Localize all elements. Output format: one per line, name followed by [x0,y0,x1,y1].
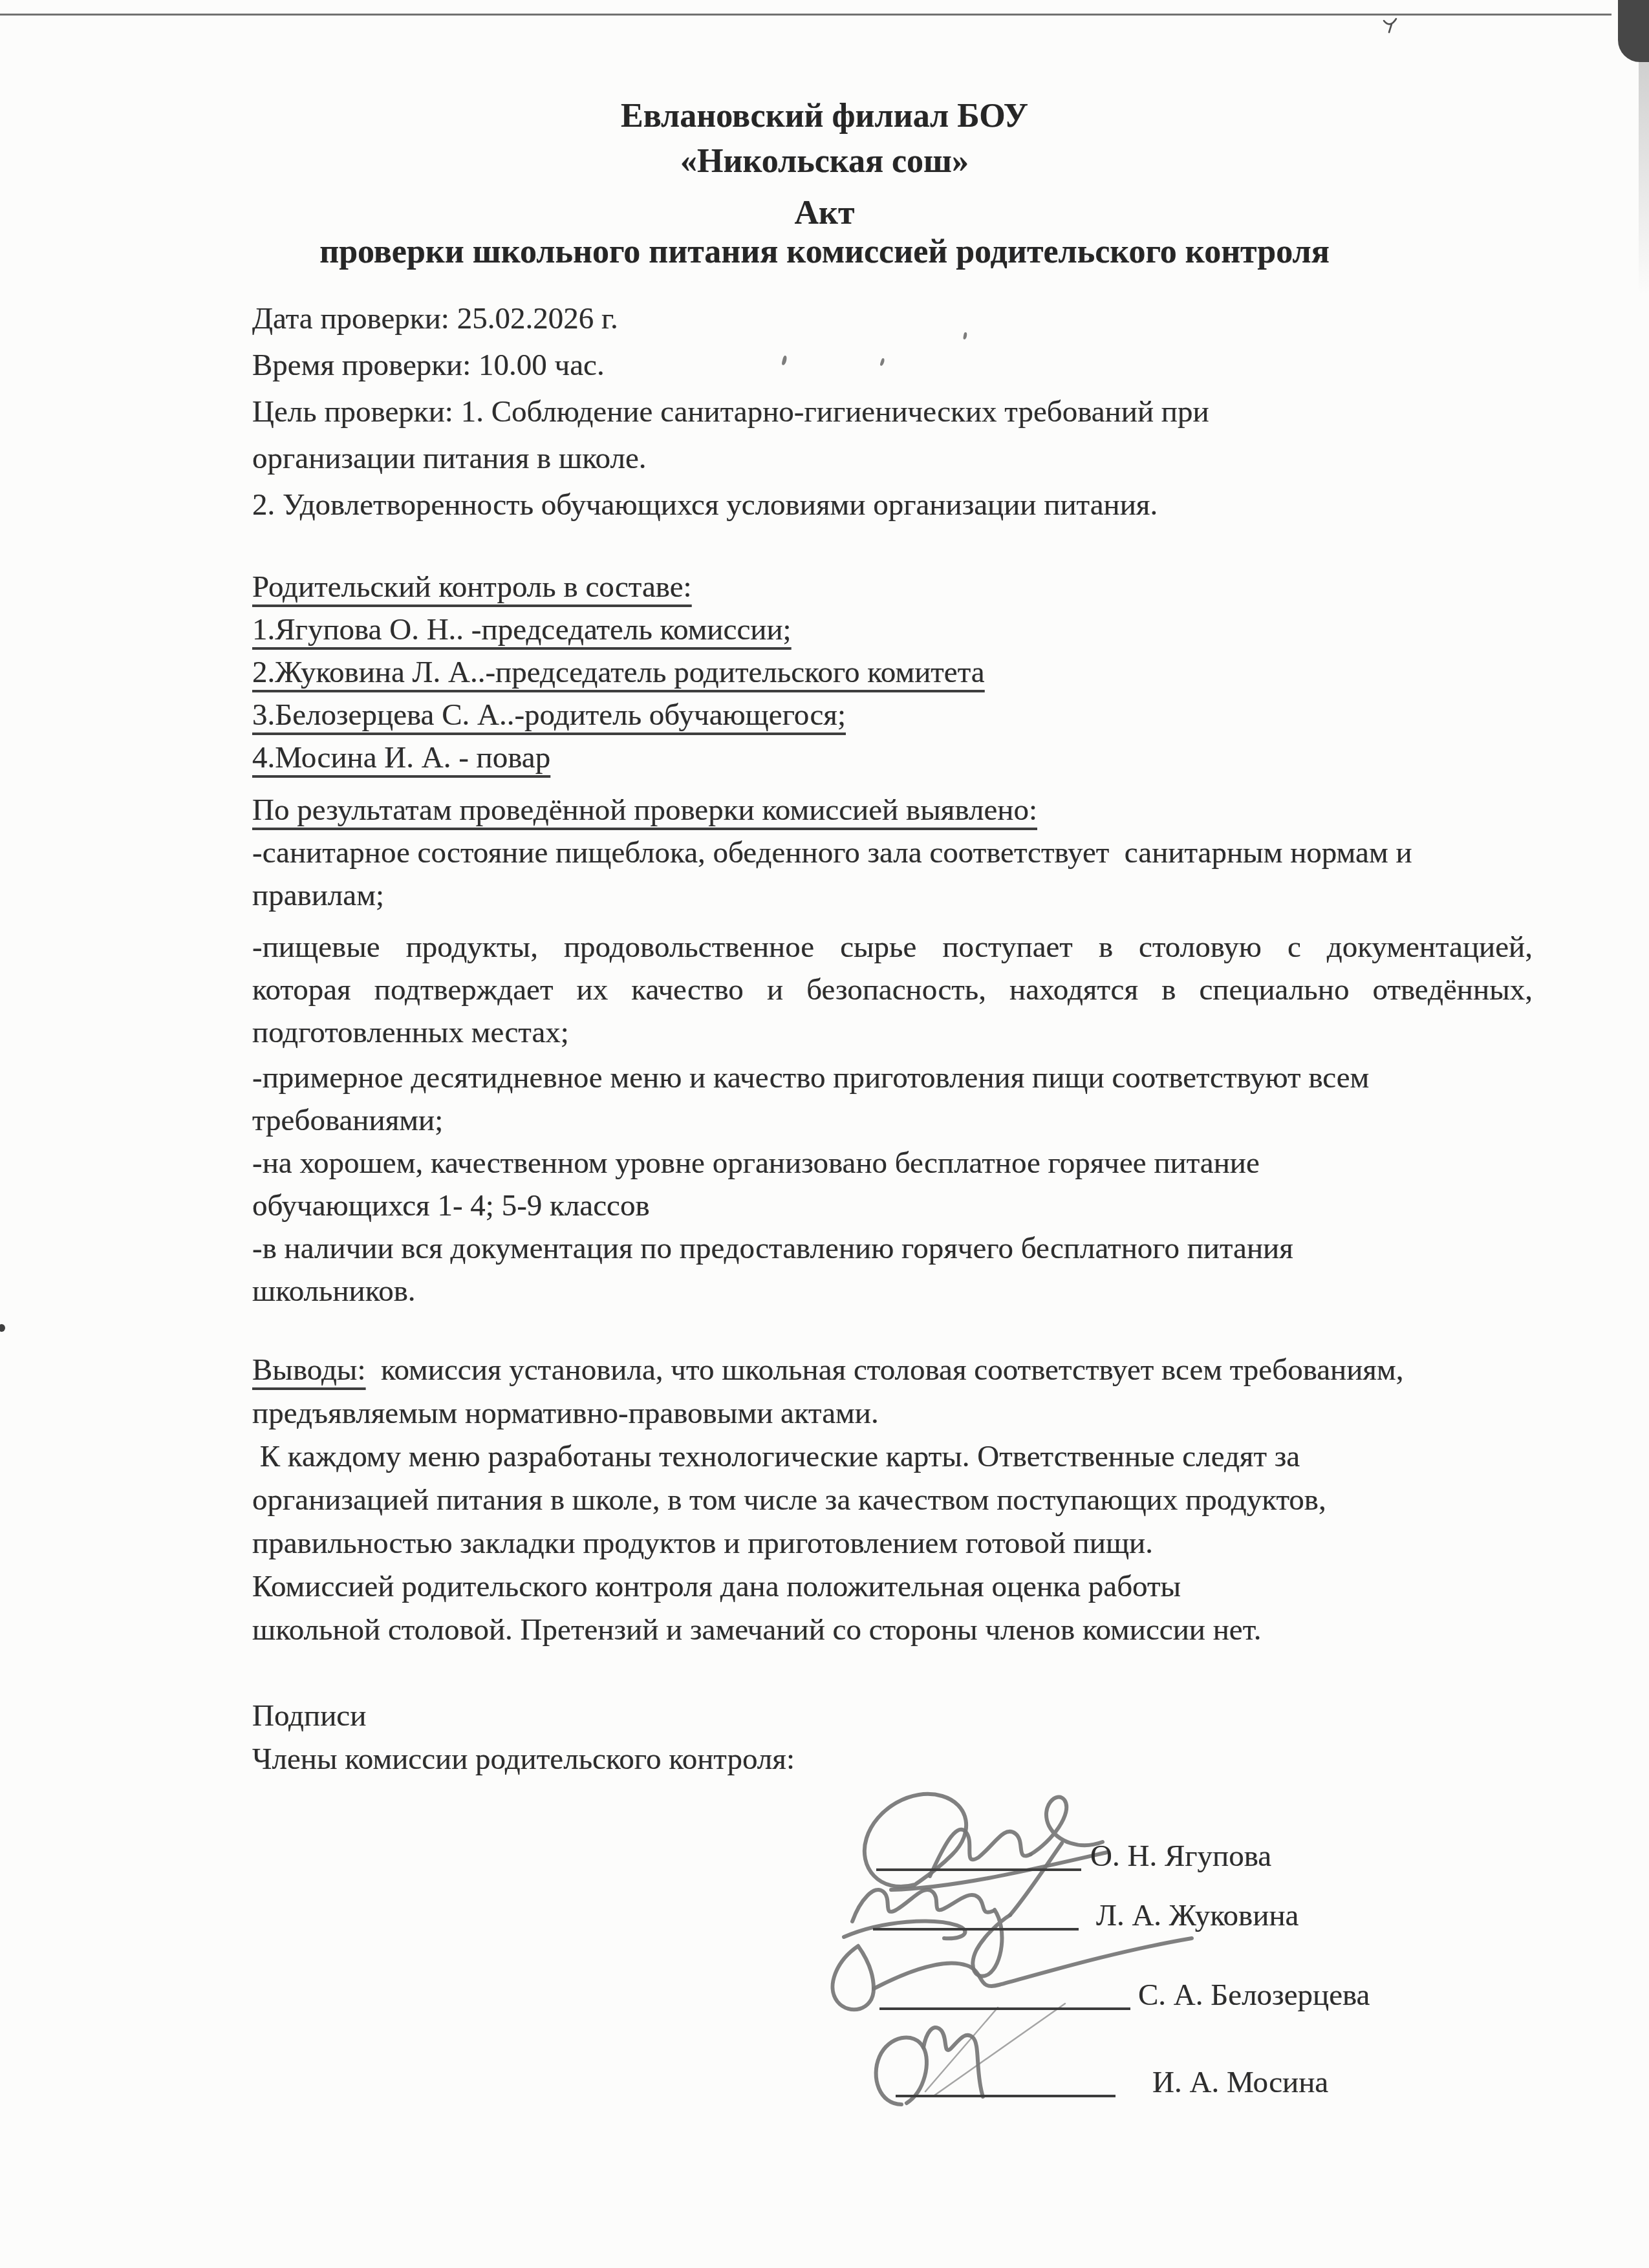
findings-line: правилам; [252,874,1533,917]
scan-artifact-corner-shadow [1618,0,1649,62]
inspection-purpose-line1: Цель проверки: 1. Соблюдение санитарно-г… [252,389,1533,435]
scan-artifact-squiggle [1381,16,1401,35]
conclusions-line: правильностью закладки продуктов и приго… [252,1522,1533,1565]
inspection-date: Дата проверки: 25.02.2026 г. [252,295,1533,342]
commission-section: Родительский контроль в составе: 1.Ягупо… [252,566,1533,779]
signatory-name: О. Н. Ягупова [1090,1839,1271,1874]
commission-member: 3.Белозерцева С. А..-родитель обучающего… [252,694,1533,736]
findings-line: -санитарное состояние пищеблока, обеденн… [252,831,1533,874]
conclusions-line: школьной столовой. Претензий и замечаний… [252,1609,1533,1652]
conclusions-line: предъявляемым нормативно-правовыми актам… [252,1392,1533,1435]
findings-line: -пищевые продукты, продовольственное сыр… [252,926,1533,968]
signatory-name: С. А. Белозерцева [1138,1978,1370,2013]
scanned-document-page: Евлановский филиал БОУ «Никольская сош» … [0,0,1649,2268]
findings-line: -примерное десятидневное меню и качество… [252,1056,1533,1099]
commission-heading: Родительский контроль в составе: [252,566,1533,608]
org-name-line2: «Никольская сош» [0,139,1649,184]
commission-member: 2.Жуковина Л. А..-председатель родительс… [252,651,1533,694]
conclusions-text: комиссия установила, что школьная столов… [366,1353,1404,1387]
signature-line [879,2007,1130,2010]
signatory-name: Л. А. Жуковина [1096,1898,1299,1933]
inspection-info-section: Дата проверки: 25.02.2026 г. Время прове… [252,295,1533,528]
findings-line: требованиями; [252,1099,1533,1142]
scan-artifact-dot [0,1324,5,1332]
document-subtitle: проверки школьного питания комиссией род… [0,230,1649,275]
inspection-time: Время проверки: 10.00 час. [252,342,1533,389]
findings-line: школьников. [252,1270,1533,1312]
conclusions-line: организацией питания в школе, в том числ… [252,1479,1533,1522]
inspection-purpose-line2: организации питания в школе. [252,435,1533,482]
findings-line: -на хорошем, качественном уровне организ… [252,1142,1533,1184]
findings-heading: По результатам проведённой проверки коми… [252,789,1533,831]
document-header: Евлановский филиал БОУ «Никольская сош» … [0,94,1649,275]
signature-line [896,2095,1115,2097]
scan-artifact-top-line [0,14,1611,16]
signatures-label: Подписи [252,1695,1533,1738]
commission-member: 1.Ягупова О. Н.. -председатель комиссии; [252,608,1533,651]
conclusions-section: Выводы: комиссия установила, что школьна… [252,1349,1533,1652]
findings-line: обучающихся 1- 4; 5-9 классов [252,1184,1533,1227]
conclusions-line: К каждому меню разработаны технологическ… [252,1435,1533,1479]
conclusions-label: Выводы: [252,1353,366,1387]
commission-member: 4.Мосина И. А. - повар [252,736,1533,779]
findings-line: -в наличии вся документация по предостав… [252,1227,1533,1270]
findings-line: подготовленных местах; [252,1011,1533,1054]
signature-line [876,1868,1081,1871]
org-name-line1: Евлановский филиал БОУ [0,94,1649,139]
signature-line [873,1928,1079,1931]
signatures-sublabel: Члены комиссии родительского контроля: [252,1738,1533,1781]
conclusions-first-line: Выводы: комиссия установила, что школьна… [252,1349,1533,1392]
conclusions-line: Комиссией родительского контроля дана по… [252,1565,1533,1609]
signatory-name: И. А. Мосина [1152,2065,1328,2100]
findings-section: По результатам проведённой проверки коми… [252,789,1533,1312]
findings-line: которая подтверждает их качество и безоп… [252,968,1533,1011]
inspection-purpose-line3: 2. Удовлетворенность обучающихся условия… [252,482,1533,528]
signatures-section: Подписи Члены комиссии родительского кон… [252,1695,1533,1781]
